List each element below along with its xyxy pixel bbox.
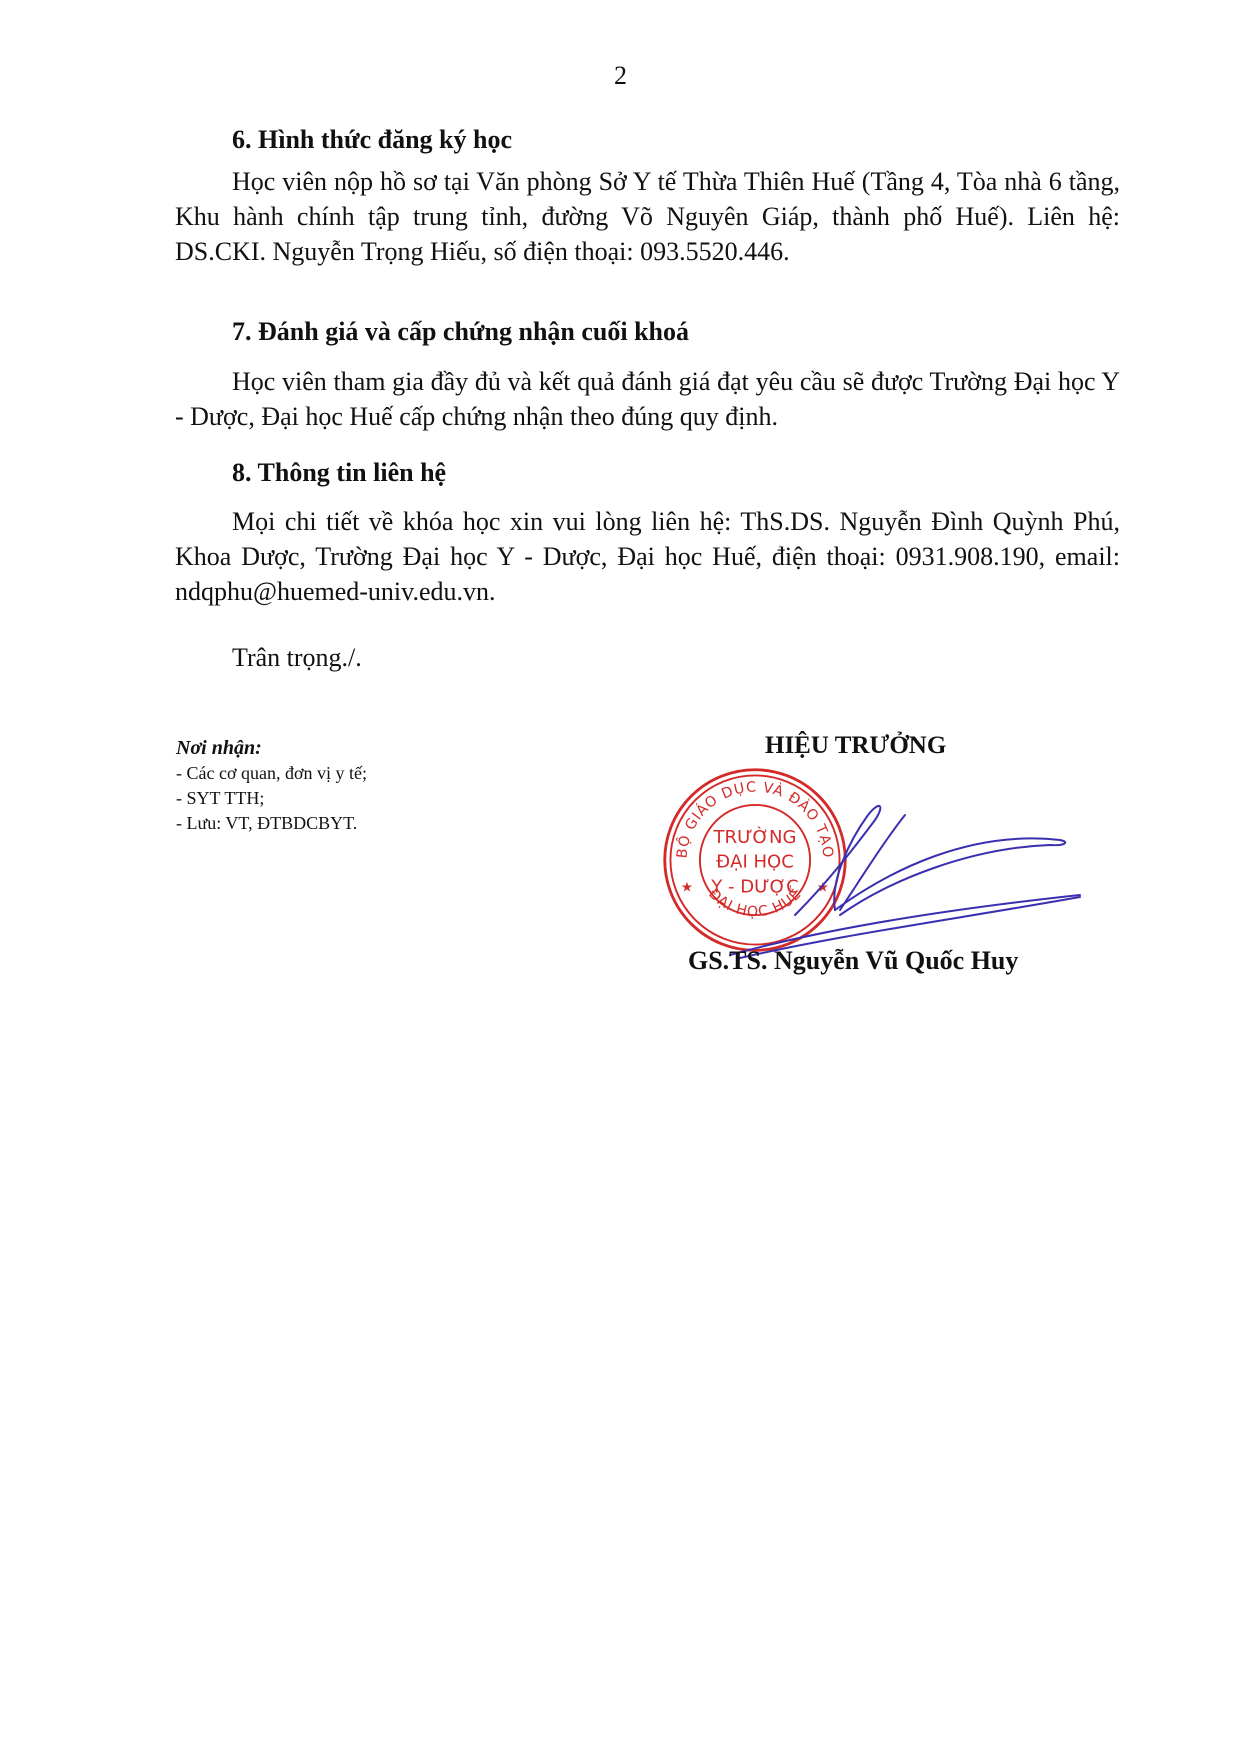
section-6-body: Học viên nộp hồ sơ tại Văn phòng Sở Y tế… xyxy=(175,164,1120,269)
recipient-item: - SYT TTH; xyxy=(176,786,367,811)
section-6-heading: 6. Hình thức đăng ký học xyxy=(175,122,512,158)
closing-salutation: Trân trọng./. xyxy=(232,640,362,675)
section-7-body: Học viên tham gia đầy đủ và kết quả đánh… xyxy=(175,364,1120,434)
signer-name: GS.TS. Nguyễn Vũ Quốc Huy xyxy=(688,944,1018,978)
section-8-heading: 8. Thông tin liên hệ xyxy=(175,455,446,491)
section-8-body: Mọi chi tiết về khóa học xin vui lòng li… xyxy=(175,504,1120,609)
signature-block: HIỆU TRƯỞNG BỘ GIÁO DỤC VÀ ĐÀO TẠO ĐẠI H… xyxy=(640,730,1100,990)
recipients-title: Nơi nhận: xyxy=(176,735,367,761)
section-7-heading: 7. Đánh giá và cấp chứng nhận cuối khoá xyxy=(175,314,689,350)
page-number: 2 xyxy=(0,60,1241,92)
recipients-block: Nơi nhận: - Các cơ quan, đơn vị y tế; - … xyxy=(176,735,367,836)
recipient-item: - Các cơ quan, đơn vị y tế; xyxy=(176,761,367,786)
recipient-item: - Lưu: VT, ĐTBDCBYT. xyxy=(176,811,367,836)
